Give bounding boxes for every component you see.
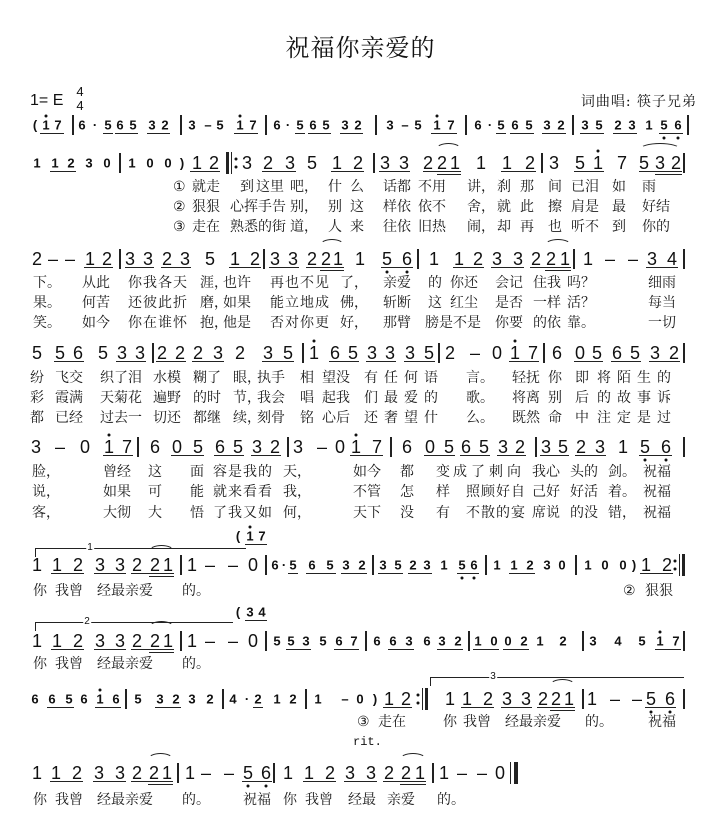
note: 3 — [581, 119, 588, 132]
beam-underline — [190, 171, 220, 172]
beam-underline — [288, 573, 298, 574]
note: 1 — [246, 530, 253, 543]
note: 5 — [575, 154, 585, 172]
lyric-segment: 这 — [428, 295, 442, 311]
note: – — [605, 250, 615, 268]
beam-underline — [95, 707, 121, 708]
lyric-segment: 那 — [520, 179, 534, 195]
lyric-segment: 讲， — [467, 179, 495, 195]
lyric-segment: 的。 — [182, 583, 210, 599]
note: 3 — [399, 154, 409, 172]
note: 0 — [495, 764, 505, 782]
note: 0 — [492, 344, 502, 362]
beam-underline — [262, 171, 296, 172]
beam-underline — [540, 455, 569, 456]
note: 1 — [128, 157, 135, 170]
high-octave-dot-icon — [436, 115, 439, 118]
lyric-segment: 霞满 — [55, 390, 83, 406]
note: 1 — [502, 154, 512, 172]
note: 2 — [445, 344, 455, 362]
note: 1 — [454, 250, 464, 268]
note: 1 — [104, 438, 114, 456]
lyric-segment: 了， — [340, 275, 368, 291]
beam-underline — [530, 267, 571, 268]
note: 4 — [614, 635, 621, 648]
beam-underline — [334, 649, 359, 650]
note: 1 — [429, 250, 439, 268]
note: 3 — [498, 438, 508, 456]
note: 0 — [356, 693, 363, 706]
beam-underline — [503, 649, 529, 650]
beam-underline — [424, 455, 455, 456]
high-octave-dot-icon — [239, 115, 242, 118]
note: 2 — [206, 693, 213, 706]
beam-underline — [381, 267, 413, 268]
beam-underline — [251, 455, 281, 456]
note: 1 — [587, 690, 597, 708]
note: 6 — [78, 119, 85, 132]
note: ( — [236, 606, 240, 619]
lyric-segment: 将离 — [512, 390, 540, 406]
note: 5 — [592, 344, 602, 362]
note: 5 — [382, 250, 392, 268]
beam-underline — [103, 133, 113, 134]
note: 5 — [638, 635, 645, 648]
note: 2 — [321, 250, 331, 268]
lyric-segment: 天， — [283, 464, 311, 480]
lyric-segment: 亲爱 — [387, 792, 415, 808]
note: 6 — [474, 119, 481, 132]
note: 1 — [230, 250, 240, 268]
lyric-segment: 脸， — [32, 464, 60, 480]
lyric-segment: 变 — [436, 464, 450, 480]
lyric-segment: 这 — [350, 199, 364, 215]
repeat-dot-icon — [674, 560, 677, 563]
lyric-segment: 闹， — [467, 219, 495, 235]
lyric-segment: 这 — [148, 464, 162, 480]
note: 0 — [601, 559, 608, 572]
note: 5 — [646, 690, 656, 708]
lyric-segment: 活？ — [567, 295, 595, 311]
lyric-segment: 可 — [148, 484, 162, 500]
note: 2 — [150, 556, 160, 574]
lyric-segment: 纷 — [30, 370, 44, 386]
beam-underline — [242, 781, 272, 782]
note: 6 — [661, 438, 671, 456]
lyric-segment: 擦 — [548, 199, 562, 215]
lyric-segment: 间 — [548, 179, 562, 195]
high-octave-dot-icon — [249, 526, 252, 529]
lyric-segment: 织了泪 — [100, 370, 142, 386]
barline — [177, 763, 179, 783]
beam-underline — [501, 171, 536, 172]
note: 5 — [55, 344, 65, 362]
barline — [119, 249, 121, 269]
note: 5 — [289, 559, 296, 572]
barline — [438, 343, 440, 363]
lyric-segment: 执手 — [257, 370, 285, 386]
note: 3 — [502, 690, 512, 708]
repeat-dot-icon — [235, 166, 238, 169]
beam-underline — [461, 707, 494, 708]
barline — [575, 555, 577, 575]
note: 1 — [510, 344, 520, 362]
note: 2 — [525, 154, 535, 172]
lyric-segment: 飞交 — [55, 370, 83, 386]
beam-underline — [147, 133, 170, 134]
note: ( — [236, 530, 240, 543]
repeat-dot-icon — [674, 568, 677, 571]
note: 5 — [444, 438, 454, 456]
note: 5 — [660, 119, 667, 132]
note: 3 — [252, 438, 262, 456]
beam-underline — [341, 573, 367, 574]
lyric-segment: 经最 — [348, 792, 376, 808]
barline — [683, 153, 685, 173]
note: 0 — [558, 559, 565, 572]
lyric-segment: ③ — [173, 219, 186, 235]
note: 1 — [332, 154, 342, 172]
note: – — [228, 632, 238, 650]
lyric-segment: 下。 — [33, 275, 61, 291]
lyric-segment: 你的 — [642, 219, 670, 235]
note: 1 — [510, 559, 517, 572]
barline — [152, 343, 154, 363]
note: 5 — [273, 635, 280, 648]
note: 5 — [134, 693, 141, 706]
high-octave-dot-icon — [99, 689, 102, 692]
note: ) — [632, 559, 636, 572]
note: 3 — [438, 635, 445, 648]
note: 5 — [307, 154, 317, 172]
beam-underline — [404, 361, 435, 362]
beam-underline — [234, 133, 258, 134]
barline — [375, 115, 377, 135]
lyric-segment: 是否 — [495, 295, 523, 311]
lyric-segment: 如今 — [353, 464, 381, 480]
lyric-segment: 的。 — [585, 714, 613, 730]
lyric-segment: 既然 — [512, 410, 540, 426]
note: 5 — [414, 119, 421, 132]
beam-underline — [646, 267, 678, 268]
note: 7 — [372, 438, 382, 456]
lyric-segment: 如 — [612, 179, 626, 195]
note: 3 — [655, 154, 665, 172]
note: 5 — [326, 559, 333, 572]
note: 2 — [32, 250, 42, 268]
beam-underline — [366, 361, 396, 362]
lyric-segment: 狠狠 — [645, 583, 673, 599]
barline — [263, 249, 265, 269]
note: 6 — [470, 559, 477, 572]
lyric-segment: 天菊花 — [100, 390, 142, 406]
note: 3 — [85, 157, 92, 170]
note: 3 — [650, 344, 660, 362]
barline — [485, 555, 487, 575]
lyric-segment: 再也不见 — [270, 275, 330, 291]
note: 1 — [96, 693, 103, 706]
note: 6 — [674, 119, 681, 132]
note: 7 — [54, 119, 61, 132]
lyric-segment: 己好 — [532, 484, 560, 500]
note: 2 — [150, 632, 160, 650]
lyric-segment: 好活 — [570, 484, 598, 500]
lyric-segment: 铭 — [300, 410, 314, 426]
lyric-segment: 能 — [190, 484, 204, 500]
beam-underline — [611, 361, 641, 362]
note: 5 — [458, 559, 465, 572]
lyric-segment: 到 — [612, 219, 626, 235]
lyric-segment: 祝福 — [643, 464, 671, 480]
note: 1 — [51, 764, 61, 782]
note: 1 — [584, 559, 591, 572]
lyric-segment: 唱 — [300, 390, 314, 406]
note: 5 — [595, 119, 602, 132]
note: 5 — [296, 119, 303, 132]
beam-underline — [383, 707, 412, 708]
note: 3 — [543, 559, 550, 572]
beam-underline — [149, 576, 174, 577]
note: 2 — [73, 632, 83, 650]
note: 3 — [521, 690, 531, 708]
note: 6 — [261, 764, 271, 782]
barline — [125, 689, 127, 709]
beam-underline — [103, 455, 133, 456]
lyric-segment: 依不 — [418, 199, 446, 215]
beam-underline — [659, 133, 683, 134]
lyric-segment: ② — [173, 199, 186, 215]
lyric-segment: 着。 — [608, 484, 636, 500]
beam-underline — [295, 133, 305, 134]
note: 5 — [98, 344, 108, 362]
barline — [572, 115, 574, 135]
lyric-segment: 的。 — [182, 792, 210, 808]
note: 3 — [366, 764, 376, 782]
lyric-segment: 席说 — [532, 505, 560, 521]
note: 2 — [559, 635, 566, 648]
note: 0 — [172, 438, 182, 456]
beam-underline — [306, 573, 336, 574]
lyric-segment: 膀是不是 — [425, 315, 481, 331]
beam-underline — [171, 455, 204, 456]
lyric-segment: 好， — [340, 315, 368, 331]
note: 2 — [662, 556, 672, 574]
lyric-segment: 那臂 — [383, 315, 411, 331]
lyric-segment: 如果 — [103, 484, 131, 500]
note: 1 — [384, 690, 394, 708]
beam-underline — [457, 573, 479, 574]
lyric-segment: 人 — [328, 219, 342, 235]
lyric-segment: 你 — [443, 714, 457, 730]
note: 1 — [433, 119, 440, 132]
lyric-segment: 祝福 — [648, 714, 676, 730]
lyric-segment: 我曾 — [463, 714, 491, 730]
note: – — [48, 250, 58, 268]
beam-underline — [286, 649, 311, 650]
lyric-segment: 已经 — [55, 410, 83, 426]
low-octave-dot-icon — [265, 785, 268, 788]
repeat-dot-icon — [417, 694, 420, 697]
lyric-segment: 我， — [283, 484, 311, 500]
note: 3 — [385, 344, 395, 362]
note: 7 — [122, 438, 132, 456]
note: 2 — [175, 344, 185, 362]
note: 6 — [273, 119, 280, 132]
note: 1 — [314, 693, 321, 706]
note: 2 — [454, 635, 461, 648]
note: 5 — [32, 344, 42, 362]
barline — [180, 555, 182, 575]
note: – — [341, 693, 348, 706]
lyric-segment: 什 — [328, 179, 342, 195]
lyric-segment: 走在 — [192, 219, 220, 235]
note: 5 — [104, 119, 111, 132]
lyric-segment: 道， — [290, 219, 318, 235]
beam-underline — [655, 649, 681, 650]
lyric-segment: 都继 — [193, 410, 221, 426]
note: 6 — [150, 438, 160, 456]
lyric-segment: 你我各天 — [128, 275, 188, 291]
note: 2 — [423, 154, 433, 172]
note: 2 — [325, 764, 335, 782]
beam-underline — [645, 707, 676, 708]
note: 2 — [270, 438, 280, 456]
barline — [573, 249, 575, 269]
lyric-segment: 刻骨 — [257, 410, 285, 426]
note: 1 — [283, 764, 293, 782]
lyric-segment: 祝福 — [243, 792, 271, 808]
lyric-segment: 你还 — [450, 275, 478, 291]
lyric-segment: 怎 — [400, 484, 414, 500]
high-octave-dot-icon — [514, 340, 517, 343]
note: 5 — [640, 438, 650, 456]
note: 3 — [386, 119, 393, 132]
lyric-segment: 心后 — [322, 410, 350, 426]
note: 5 — [479, 438, 489, 456]
note: 1 — [192, 154, 202, 172]
note: 3 — [589, 635, 596, 648]
note: 3 — [423, 559, 430, 572]
barline — [222, 689, 224, 709]
lyric-segment: ② — [623, 583, 636, 599]
barline — [365, 631, 367, 651]
beam-underline — [125, 267, 154, 268]
beam-underline — [408, 573, 432, 574]
note: 2 — [172, 693, 179, 706]
lyric-segment: 你 — [548, 370, 562, 386]
beam-underline — [303, 781, 336, 782]
barline — [543, 343, 545, 363]
note: 5 — [287, 635, 294, 648]
note: 6 — [116, 119, 123, 132]
note: 0 — [80, 438, 90, 456]
beam-underline — [542, 133, 566, 134]
beam-underline — [149, 652, 174, 653]
lyric-segment: 大彻 — [103, 505, 131, 521]
note: 3 — [345, 764, 355, 782]
lyric-segment: 你 — [33, 583, 47, 599]
note: 2 — [437, 154, 447, 172]
lyric-segment: 望没 — [322, 370, 350, 386]
note: – — [224, 764, 234, 782]
note: 3 — [647, 250, 657, 268]
note: 2 — [73, 556, 83, 574]
lyric-segment: 再 — [520, 219, 534, 235]
lyric-segment: 靠。 — [567, 315, 595, 331]
lyric-segment: 天下 — [353, 505, 381, 521]
note: 1 — [440, 559, 447, 572]
volta-bracket — [430, 677, 684, 686]
note: 1 — [51, 157, 58, 170]
lyric-segment: 也 — [548, 219, 562, 235]
beam-underline — [639, 171, 682, 172]
barline — [119, 153, 121, 173]
note: 4 — [258, 606, 265, 619]
lyric-segment: 刹 — [497, 179, 511, 195]
note: 3 — [543, 119, 550, 132]
beam-underline — [509, 573, 535, 574]
beam-underline — [229, 267, 261, 268]
note: 3 — [285, 154, 295, 172]
lyric-segment: 会记 — [495, 275, 523, 291]
lyric-segment: 你在谁怀 — [128, 315, 188, 331]
note: 3 — [135, 344, 145, 362]
beam-underline — [350, 455, 383, 456]
repeat-dot-icon — [235, 158, 238, 161]
barline — [432, 763, 434, 783]
slur-arc — [148, 753, 173, 759]
note: 3 — [188, 693, 195, 706]
note: 1 — [564, 690, 574, 708]
note: 5 — [205, 250, 215, 268]
beam-underline — [491, 267, 524, 268]
note: 3 — [405, 344, 415, 362]
beam-underline — [308, 133, 331, 134]
low-octave-dot-icon — [663, 137, 666, 140]
slur-arc — [545, 239, 571, 245]
note: 6 — [271, 559, 278, 572]
beam-underline — [437, 649, 463, 650]
beam-underline — [639, 455, 672, 456]
note: 1 — [304, 764, 314, 782]
beam-underline — [214, 455, 244, 456]
barline — [417, 249, 419, 269]
beam-underline — [383, 781, 426, 782]
beam-underline — [388, 649, 414, 650]
lyric-segment: 不管 — [353, 484, 381, 500]
lyric-segment: 一切 — [648, 315, 676, 331]
barline — [180, 115, 182, 135]
note: 1 — [618, 438, 628, 456]
note: 3 — [125, 250, 135, 268]
note: 1 — [536, 635, 543, 648]
note: 3 — [288, 250, 298, 268]
note: 2 — [384, 764, 394, 782]
note: 1 — [476, 154, 486, 172]
note: 3 — [148, 119, 155, 132]
note: 1 — [187, 556, 197, 574]
beam-underline — [131, 649, 174, 650]
lyric-segment: 来 — [350, 219, 364, 235]
note: 2 — [250, 250, 260, 268]
note: 2 — [526, 559, 533, 572]
lyric-segment: 曾经 — [103, 464, 131, 480]
lyric-segment: 么。 — [466, 410, 494, 426]
lyric-segment: 即 — [575, 370, 589, 386]
lyric-segment: 的时 — [193, 390, 221, 406]
beam-underline — [245, 544, 267, 545]
lyric-segment: 的。 — [182, 656, 210, 672]
